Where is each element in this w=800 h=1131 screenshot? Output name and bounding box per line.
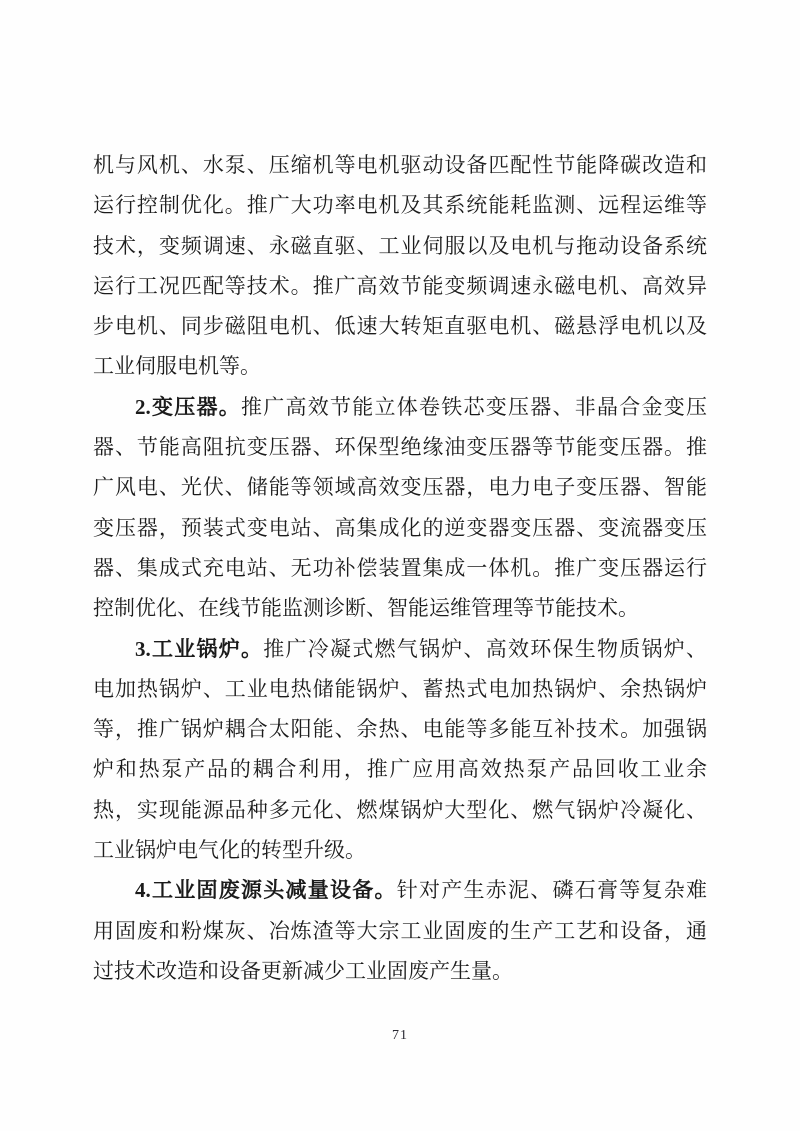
paragraph-lead: 4.工业固废源头减量设备。 [135,878,397,902]
text-line: 用固废和粉煤灰、冶炼渣等大宗工业固废的生产工艺和设备，通 [93,911,707,951]
paragraph-4: 4.工业固废源头减量设备。针对产生赤泥、磷石膏等复杂难用固废和粉煤灰、冶炼渣等大… [93,870,707,991]
text-line: 器、节能高阻抗变压器、环保型绝缘油变压器等节能变压器。推 [93,427,707,467]
text-line: 运行工况匹配等技术。推广高效节能变频调速永磁电机、高效异 [93,266,707,306]
page-body-text: 机与风机、水泵、压缩机等电机驱动设备匹配性节能降碳改造和运行控制优化。推广大功率… [93,145,707,991]
text-line: 工业伺服电机等。 [93,346,707,386]
text-line: 电加热锅炉、工业电热储能锅炉、蓄热式电加热锅炉、余热锅炉 [93,669,707,709]
paragraph-3: 3.工业锅炉。推广冷凝式燃气锅炉、高效环保生物质锅炉、电加热锅炉、工业电热储能锅… [93,629,707,871]
document-page: 机与风机、水泵、压缩机等电机驱动设备匹配性节能降碳改造和运行控制优化。推广大功率… [0,0,800,1131]
text-line: 步电机、同步磁阻电机、低速大转矩直驱电机、磁悬浮电机以及 [93,306,707,346]
text-line: 器、集成式充电站、无功补偿装置集成一体机。推广变压器运行 [93,548,707,588]
text-line: 控制优化、在线节能监测诊断、智能运维管理等节能技术。 [93,588,707,628]
paragraph-2: 2.变压器。推广高效节能立体卷铁芯变压器、非晶合金变压器、节能高阻抗变压器、环保… [93,387,707,629]
text-line: 2.变压器。推广高效节能立体卷铁芯变压器、非晶合金变压 [93,387,707,427]
text-line: 等，推广锅炉耦合太阳能、余热、电能等多能互补技术。加强锅 [93,709,707,749]
paragraph-lead: 3.工业锅炉。 [135,637,263,661]
text-line: 4.工业固废源头减量设备。针对产生赤泥、磷石膏等复杂难 [93,870,707,910]
text-line: 变压器，预装式变电站、高集成化的逆变器变压器、变流器变压 [93,508,707,548]
text-line: 过技术改造和设备更新减少工业固废产生量。 [93,951,707,991]
text-line: 3.工业锅炉。推广冷凝式燃气锅炉、高效环保生物质锅炉、 [93,629,707,669]
text-line: 机与风机、水泵、压缩机等电机驱动设备匹配性节能降碳改造和 [93,145,707,185]
text-line: 炉和热泵产品的耦合利用，推广应用高效热泵产品回收工业余 [93,749,707,789]
text-line: 热，实现能源品种多元化、燃煤锅炉大型化、燃气锅炉冷凝化、 [93,790,707,830]
text-line: 工业锅炉电气化的转型升级。 [93,830,707,870]
text-line: 广风电、光伏、储能等领域高效变压器，电力电子变压器、智能 [93,467,707,507]
paragraph-lead: 2.变压器。 [135,395,241,419]
page-number: 71 [0,1026,800,1046]
text-line: 技术，变频调速、永磁直驱、工业伺服以及电机与拖动设备系统 [93,226,707,266]
paragraph-1: 机与风机、水泵、压缩机等电机驱动设备匹配性节能降碳改造和运行控制优化。推广大功率… [93,145,707,387]
text-line: 运行控制优化。推广大功率电机及其系统能耗监测、远程运维等 [93,185,707,225]
